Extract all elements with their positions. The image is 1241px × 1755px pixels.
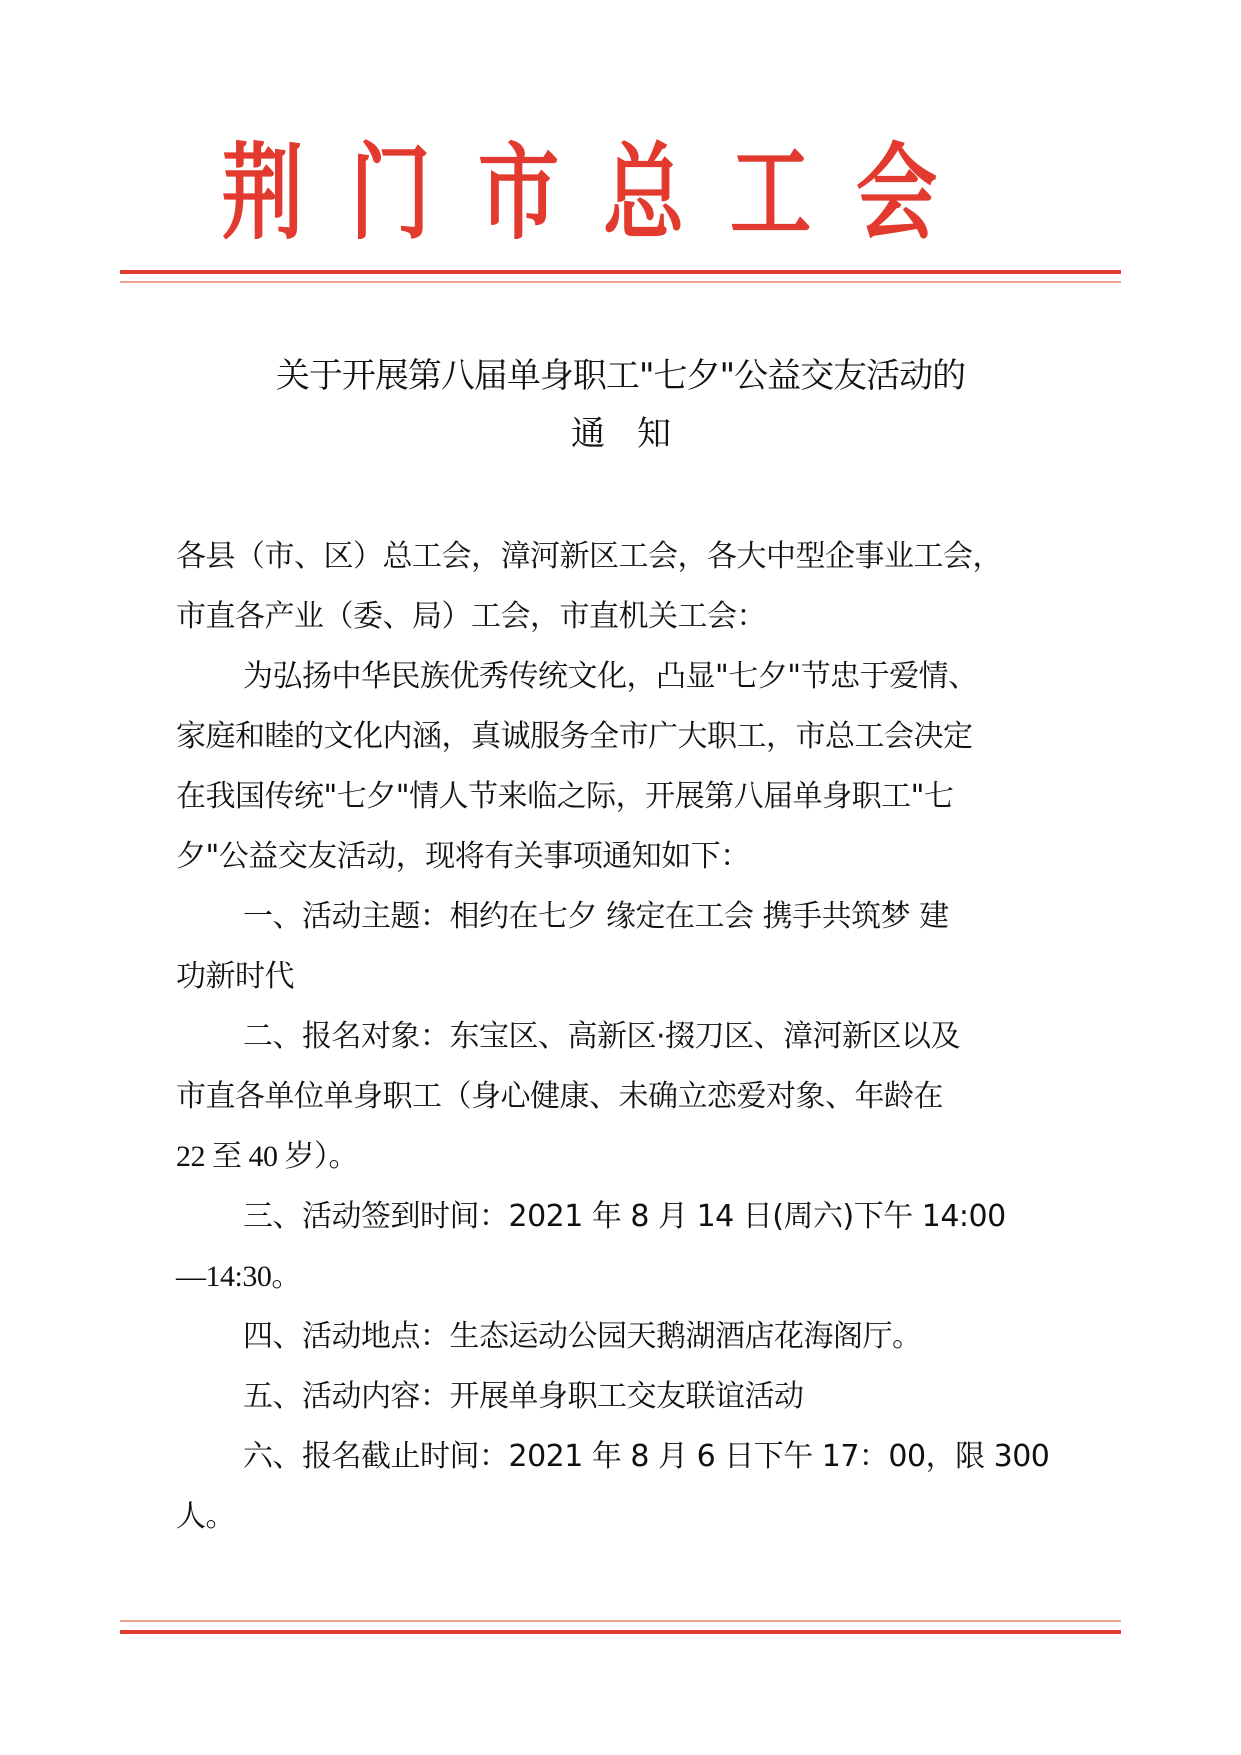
intro-line: 夕"公益交友活动，现将有关事项通知如下：: [176, 837, 1066, 877]
item-content: 五、活动内容：开展单身职工交友联谊活动: [243, 1377, 1133, 1417]
intro-line: 家庭和睦的文化内涵，真诚服务全市广大职工，市总工会决定: [176, 717, 1066, 757]
document-title-line1: 关于开展第八届单身职工"七夕"公益交友活动的: [0, 346, 1241, 406]
item-deadline: 六、报名截止时间：2021 年 8 月 6 日下午 17：00，限 300: [243, 1437, 1133, 1477]
item-checkin-time-cont: —14:30。: [176, 1257, 1066, 1297]
item-theme-cont: 功新时代: [176, 957, 1066, 997]
header-rule-thin: [120, 281, 1121, 283]
item-theme: 一、活动主题：相约在七夕 缘定在工会 携手共筑梦 建: [243, 897, 1133, 937]
document-title-line2: 通 知: [0, 404, 1241, 464]
item-deadline-cont: 人。: [176, 1497, 1066, 1537]
intro-line: 在我国传统"七夕"情人节来临之际，开展第八届单身职工"七: [176, 777, 1066, 817]
item-location: 四、活动地点：生态运动公园天鹅湖酒店花海阁厅。: [243, 1317, 1133, 1357]
intro-line: 为弘扬中华民族优秀传统文化，凸显"七夕"节忠于爱情、: [243, 657, 1133, 697]
item-checkin-time: 三、活动签到时间：2021 年 8 月 14 日(周六)下午 14:00: [243, 1197, 1133, 1237]
masthead-char: 荆: [222, 128, 303, 258]
masthead-char: 会: [856, 128, 937, 258]
footer-rule-thick: [120, 1630, 1121, 1634]
item-participants: 二、报名对象：东宝区、高新区·掇刀区、漳河新区以及: [243, 1017, 1133, 1057]
item-participants-cont: 市直各单位单身职工（身心健康、未确立恋爱对象、年龄在: [176, 1077, 1066, 1117]
masthead-organization-name: 荆 门 市 总 工 会: [0, 128, 1241, 258]
header-rule-thick: [120, 270, 1121, 274]
addressee-line: 各县（市、区）总工会，漳河新区工会，各大中型企事业工会，: [176, 537, 1066, 577]
masthead-char: 工: [730, 128, 811, 258]
addressee-line: 市直各产业（委、局）工会，市直机关工会：: [176, 597, 1066, 637]
masthead-char: 总: [603, 128, 684, 258]
masthead-char: 市: [478, 128, 559, 258]
masthead-char: 门: [350, 128, 431, 258]
footer-rule-thin: [120, 1620, 1121, 1622]
item-participants-cont: 22 至 40 岁）。: [176, 1137, 1066, 1177]
